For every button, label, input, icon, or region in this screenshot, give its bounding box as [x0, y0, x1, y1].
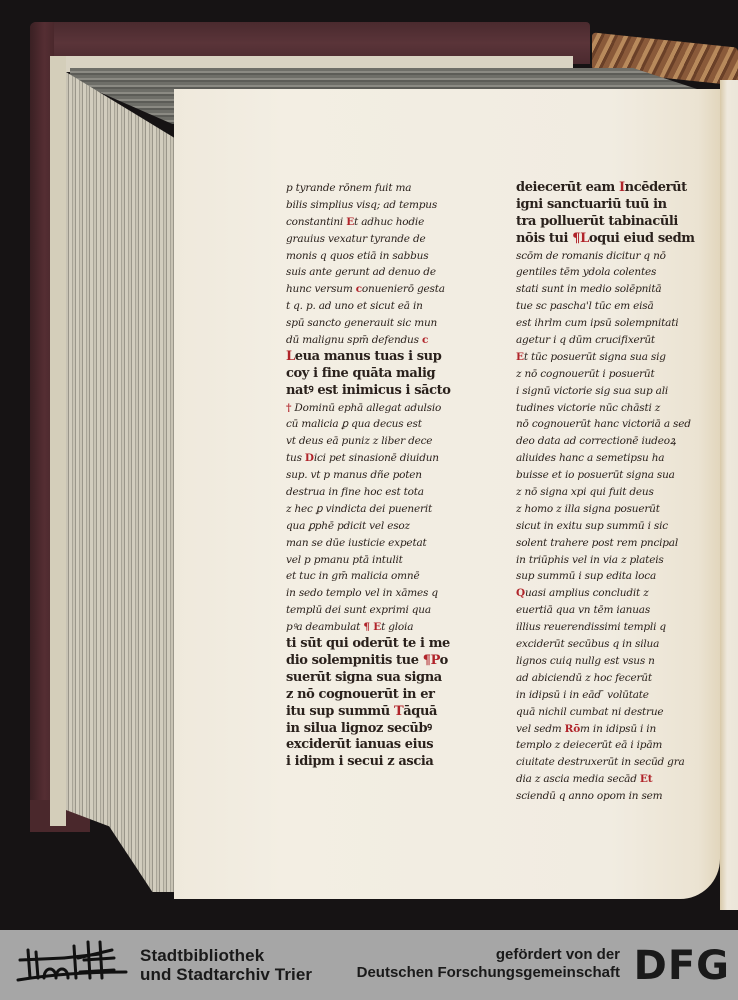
script-text: monis q quos etiā in sabbus [286, 250, 428, 262]
script-text: aliuides hanc a semetipsu ha [516, 452, 664, 464]
manuscript-line: sup summū i sup edita loca [516, 568, 710, 585]
manuscript-line: grauius vexatur tyrande de [286, 231, 464, 248]
script-text: templo z deiecerūt eā i ipām [516, 739, 662, 751]
rubric-initial: E [346, 216, 354, 228]
manuscript-line: in triūphis vel in via z plateis [516, 552, 710, 569]
script-text: m in idipsū i in [580, 723, 656, 735]
manuscript-line: templo z deiecerūt eā i ipām [516, 737, 710, 754]
manuscript-line: Leua manus tuas i sup [286, 349, 464, 366]
manuscript-line: tra polluerūt tabinacūli [516, 214, 710, 231]
script-text: est ihrlm cum ipsū solempnitati [516, 317, 678, 329]
manuscript-line: aliuides hanc a semetipsu ha [516, 450, 710, 467]
script-text: itu sup summū [286, 704, 394, 719]
script-text: z homo z illa signa posuerūt [516, 503, 660, 515]
manuscript-line: qua ꝑphē pdicit vel esoz [286, 518, 464, 535]
text-column-left: p tyrande rōnem fuit mabilis simplius vi… [286, 180, 464, 771]
manuscript-line: vel p pmanu ptā intulit [286, 552, 464, 569]
script-text: dio solempnitis tue [286, 653, 423, 668]
manuscript-line: templū dei sunt exprimi qua [286, 602, 464, 619]
manuscript-line: stati sunt in medio solēpnitā [516, 281, 710, 298]
script-text: oqui eiud sedm [589, 231, 695, 246]
manuscript-line: sup. vt p manus dñe poten [286, 467, 464, 484]
manuscript-line: i idipm i secui z ascia [286, 754, 464, 771]
manuscript-line: i signū victorie sig sua sup ali [516, 383, 710, 400]
manuscript-line: bilis simplius visq; ad tempus [286, 197, 464, 214]
script-text: ti sūt qui oderūt te i me [286, 636, 450, 651]
text-column-right: deiecerūt eam Incēderūtigni sanctuariū t… [516, 180, 710, 805]
script-text: Dominū ephā allegat adulsio [291, 402, 441, 414]
script-text: onuenierō gesta [362, 283, 445, 295]
script-text: in idipsū i in eād ̄ volūtate [516, 689, 649, 701]
rubric-initial: Rō [565, 723, 580, 735]
script-text: constantini [286, 216, 346, 228]
script-text: stati sunt in medio solēpnitā [516, 283, 661, 295]
rubric-initial: T [394, 704, 403, 719]
script-text: p tyrande rōnem fuit ma [286, 182, 411, 194]
manuscript-line: in silua lignoz secūbꝰ [286, 721, 464, 738]
script-text: ad abiciendū z hoc fecerūt [516, 672, 652, 684]
manuscript-line: Et tūc posuerūt signa sua sig [516, 349, 710, 366]
script-text: uasi amplius concludit z [525, 587, 649, 599]
script-text: et tuc in gm̄ malicia omnē [286, 570, 419, 582]
script-text: sup summū i sup edita loca [516, 570, 656, 582]
script-text: suerūt signa sua signa [286, 670, 442, 685]
manuscript-line: z nō cognouerūt i posuerūt [516, 366, 710, 383]
manuscript-line: in idipsū i in eād ̄ volūtate [516, 687, 710, 704]
manuscript-line: suis ante gerunt ad denuo de [286, 264, 464, 281]
script-text: buisse et io posuerūt signa sua [516, 469, 675, 481]
manuscript-line: vt deus eā puniz z liber dece [286, 433, 464, 450]
script-text: spū sancto generauit sic mun [286, 317, 437, 329]
rubric-initial: ¶P [423, 653, 440, 668]
script-text: bilis simplius visq; ad tempus [286, 199, 437, 211]
manuscript-line: ti sūt qui oderūt te i me [286, 636, 464, 653]
library-name-line2: und Stadtarchiv Trier [140, 965, 312, 984]
script-text: exciderūt ianuas eius [286, 737, 433, 752]
manuscript-line: tus Dici pet sinasionē diuidun [286, 450, 464, 467]
script-text: ici pet sinasionē diuidun [314, 452, 439, 464]
script-text: deiecerūt eam [516, 180, 619, 195]
library-name-line1: Stadtbibliothek [140, 946, 312, 965]
script-text: igni sanctuariū tuū in [516, 197, 667, 212]
manuscript-line: itu sup summū Tāquā [286, 704, 464, 721]
script-text: tra polluerūt tabinacūli [516, 214, 678, 229]
script-text: t adhuc hodie [354, 216, 424, 228]
script-text: dia z ascia media secād [516, 773, 640, 785]
manuscript-line: tue sc pascha'l tūc em eisā [516, 298, 710, 315]
manuscript-line: ciuitate destruxerūt in secūd gra [516, 754, 710, 771]
script-text: vt deus eā puniz z liber dece [286, 435, 432, 447]
manuscript-line: sicut in exitu sup summū i sic [516, 518, 710, 535]
script-text: in sedo templo vel in xāmes q [286, 587, 438, 599]
manuscript-line: † Dominū ephā allegat adulsio [286, 400, 464, 417]
manuscript-line: agetur i q dūm crucifixerūt [516, 332, 710, 349]
rubric-initial: L [286, 349, 295, 364]
script-text: euertiā qua vn tēm ianuas [516, 604, 650, 616]
manuscript-line: dū malignu spm̄ defendus c [286, 332, 464, 349]
script-text: cū malicia ꝑ qua decus est [286, 418, 422, 430]
script-text: templū dei sunt exprimi qua [286, 604, 431, 616]
rubric-initial: E [516, 351, 524, 363]
manuscript-line: est ihrlm cum ipsū solempnitati [516, 315, 710, 332]
manuscript-line: dio solempnitis tue ¶Po [286, 653, 464, 670]
manuscript-line: spū sancto generauit sic mun [286, 315, 464, 332]
script-text: z hec ꝑ vindicta dei puenerit [286, 503, 432, 515]
script-text: z nō cognouerūt in er [286, 687, 435, 702]
manuscript-line: euertiā qua vn tēm ianuas [516, 602, 710, 619]
manuscript-line: Quasi amplius concludit z [516, 585, 710, 602]
funding-line2: Deutschen Forschungsgemeinschaft [357, 964, 620, 982]
script-text: in triūphis vel in via z plateis [516, 554, 664, 566]
manuscript-line: scōm de romanis dicitur q nō [516, 248, 710, 265]
script-text: ncēderūt [625, 180, 687, 195]
script-text: solent trahere post rem pncipal [516, 537, 678, 549]
rubric-initial: Q [516, 587, 525, 599]
rubric-initial: ¶ E [363, 621, 381, 633]
manuscript-line: deo data ad correctionē iudeoꝝ [516, 433, 710, 450]
script-text: suis ante gerunt ad denuo de [286, 266, 436, 278]
stadtbibliothek-trier-logo-icon [14, 938, 128, 992]
manuscript-line: igni sanctuariū tuū in [516, 197, 710, 214]
funding-line1: gefördert von der [357, 946, 620, 964]
manuscript-line: hunc versum conuenierō gesta [286, 281, 464, 298]
script-text: sup. vt p manus dñe poten [286, 469, 422, 481]
script-text: illius reuerendissimi templi q [516, 621, 666, 633]
manuscript-scan: p tyrande rōnem fuit mabilis simplius vi… [0, 0, 738, 930]
manuscript-line: t q. p. ad uno et sicut eā in [286, 298, 464, 315]
script-text: tue sc pascha'l tūc em eisā [516, 300, 654, 312]
script-text: nō cognouerūt hanc victoriā a sed [516, 418, 691, 430]
script-text: t tūc posuerūt signa sua sig [524, 351, 666, 363]
page-block-fore-edge [66, 72, 174, 892]
script-text: z nō signa xpi qui fuit deus [516, 486, 654, 498]
script-text: eua manus tuas i sup [295, 349, 442, 364]
script-text: tudines victorie nūc chāsti z [516, 402, 660, 414]
script-text: sciendū q anno opom in sem [516, 790, 662, 802]
rubric-initial: D [305, 452, 314, 464]
manuscript-line: coy i fine quāta malig [286, 366, 464, 383]
footer-banner: Stadtbibliothek und Stadtarchiv Trier ge… [0, 930, 738, 1000]
board-edge-left [50, 56, 66, 826]
manuscript-line: nō cognouerūt hanc victoriā a sed [516, 416, 710, 433]
manuscript-line: cū malicia ꝑ qua decus est [286, 416, 464, 433]
manuscript-line: z nō cognouerūt in er [286, 687, 464, 704]
manuscript-line: pꝰa deambulat ¶ Et gloia [286, 619, 464, 636]
dfg-logo-icon: DFG [634, 947, 730, 985]
facing-page-edge [720, 80, 738, 910]
script-text: āquā [403, 704, 437, 719]
manuscript-line: in sedo templo vel in xāmes q [286, 585, 464, 602]
script-text: destrua in fine hoc est tota [286, 486, 424, 498]
script-text: vel p pmanu ptā intulit [286, 554, 403, 566]
rubric-initial: Et [640, 773, 652, 785]
script-text: in silua lignoz secūbꝰ [286, 721, 432, 736]
manuscript-line: z nō signa xpi qui fuit deus [516, 484, 710, 501]
script-text: lignos cuiq nullg est vsus n [516, 655, 655, 667]
script-text: scōm de romanis dicitur q nō [516, 250, 666, 262]
manuscript-line: man se dūe iusticie expetat [286, 535, 464, 552]
manuscript-line: ad abiciendū z hoc fecerūt [516, 670, 710, 687]
library-name: Stadtbibliothek und Stadtarchiv Trier [140, 946, 312, 984]
manuscript-line: tudines victorie nūc chāsti z [516, 400, 710, 417]
script-text: sicut in exitu sup summū i sic [516, 520, 668, 532]
script-text: i idipm i secui z ascia [286, 754, 433, 769]
script-text: t q. p. ad uno et sicut eā in [286, 300, 423, 312]
script-text: z nō cognouerūt i posuerūt [516, 368, 655, 380]
manuscript-line: z homo z illa signa posuerūt [516, 501, 710, 518]
script-text: pꝰa deambulat [286, 621, 363, 633]
script-text: deo data ad correctionē iudeoꝝ [516, 435, 676, 447]
script-text: dū malignu spm̄ defendus [286, 334, 422, 346]
script-text: coy i fine quāta malig [286, 366, 435, 381]
manuscript-line: deiecerūt eam Incēderūt [516, 180, 710, 197]
script-text: ciuitate destruxerūt in secūd gra [516, 756, 685, 768]
manuscript-line: dia z ascia media secād Et [516, 771, 710, 788]
script-text: exciderūt secūbus q in silua [516, 638, 659, 650]
manuscript-line: et tuc in gm̄ malicia omnē [286, 568, 464, 585]
script-text: tus [286, 452, 305, 464]
script-text: i signū victorie sig sua sup ali [516, 385, 668, 397]
rubric-initial: c [422, 334, 428, 346]
manuscript-line: solent trahere post rem pncipal [516, 535, 710, 552]
manuscript-line: sciendū q anno opom in sem [516, 788, 710, 805]
script-text: vel sedm [516, 723, 565, 735]
manuscript-line: constantini Et adhuc hodie [286, 214, 464, 231]
manuscript-line: suerūt signa sua signa [286, 670, 464, 687]
script-text: grauius vexatur tyrande de [286, 233, 425, 245]
manuscript-line: quā nichil cumbat ni destrue [516, 704, 710, 721]
funding-notice: gefördert von der Deutschen Forschungsge… [357, 946, 620, 982]
script-text: qua ꝑphē pdicit vel esoz [286, 520, 410, 532]
script-text: t gloia [381, 621, 413, 633]
manuscript-line: gentiles tēm ydola colentes [516, 264, 710, 281]
manuscript-line: buisse et io posuerūt signa sua [516, 467, 710, 484]
manuscript-line: z hec ꝑ vindicta dei puenerit [286, 501, 464, 518]
script-text: quā nichil cumbat ni destrue [516, 706, 663, 718]
script-text: nōis tui [516, 231, 572, 246]
manuscript-line: vel sedm Rōm in idipsū i in [516, 721, 710, 738]
manuscript-line: illius reuerendissimi templi q [516, 619, 710, 636]
script-text: man se dūe iusticie expetat [286, 537, 427, 549]
manuscript-line: natꝰ est inimicus i sācto [286, 383, 464, 400]
manuscript-line: exciderūt secūbus q in silua [516, 636, 710, 653]
script-text: gentiles tēm ydola colentes [516, 266, 656, 278]
manuscript-line: p tyrande rōnem fuit ma [286, 180, 464, 197]
rubric-initial: ¶L [572, 231, 589, 246]
manuscript-line: lignos cuiq nullg est vsus n [516, 653, 710, 670]
manuscript-line: exciderūt ianuas eius [286, 737, 464, 754]
script-text: agetur i q dūm crucifixerūt [516, 334, 655, 346]
script-text: o [440, 653, 448, 668]
script-text: natꝰ est inimicus i sācto [286, 383, 451, 398]
manuscript-line: destrua in fine hoc est tota [286, 484, 464, 501]
manuscript-line: monis q quos etiā in sabbus [286, 248, 464, 265]
manuscript-line: nōis tui ¶Loqui eiud sedm [516, 231, 710, 248]
script-text: hunc versum [286, 283, 356, 295]
